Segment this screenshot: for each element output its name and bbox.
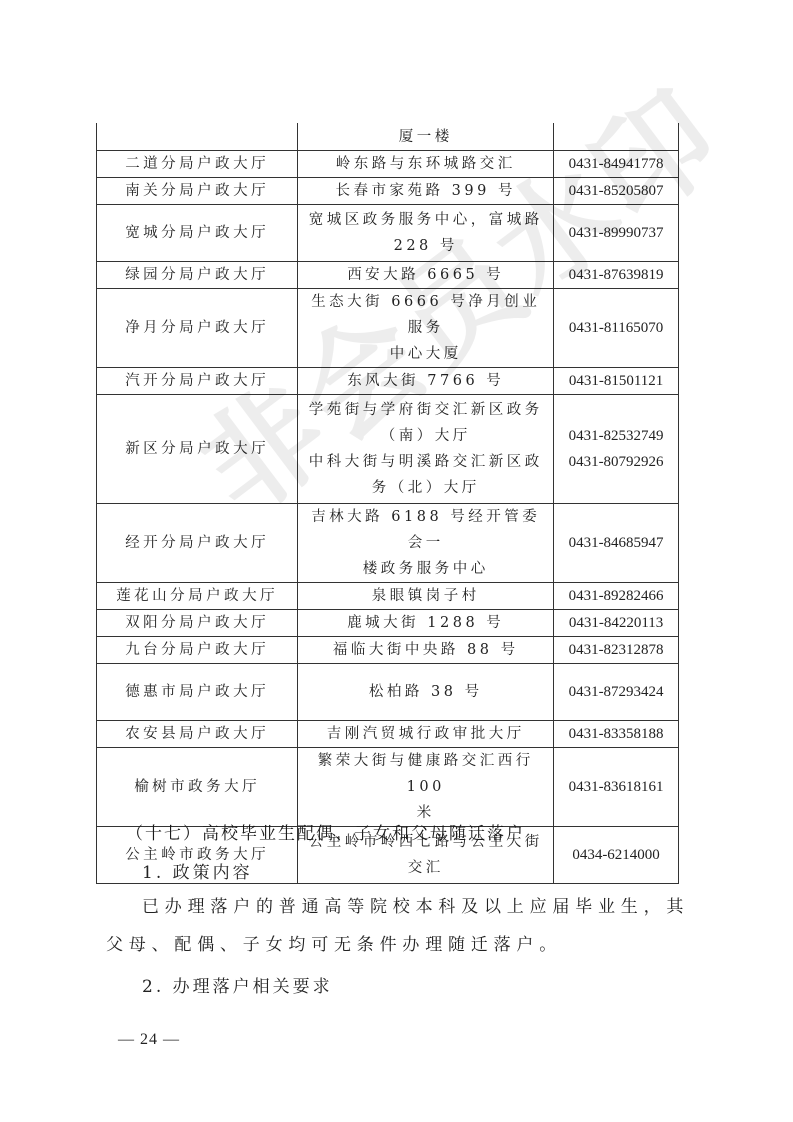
address-cell: 学苑街与学府街交汇新区政务（南）大厅中科大街与明溪路交汇新区政务（北）大厅	[298, 395, 554, 504]
address-cell: 吉刚汽贸城行政审批大厅	[298, 721, 554, 748]
policy-paragraph: 已办理落户的普通高等院校本科及以上应届毕业生，其父母、配偶、子女均可无条件办理随…	[106, 888, 702, 964]
phone-cell: 0431-83358188	[554, 721, 679, 748]
phone-number: 0431-81501121	[558, 368, 674, 394]
table-row: 厦一楼	[97, 123, 679, 151]
office-name-cell: 经开分局户政大厅	[97, 504, 298, 583]
address-line: 繁荣大街与健康路交汇西行 100	[304, 748, 547, 800]
address-line: 松柏路 38 号	[304, 679, 547, 705]
phone-cell: 0431-84220113	[554, 610, 679, 637]
address-line: 务（北）大厅	[304, 475, 547, 501]
address-line: 吉刚汽贸城行政审批大厅	[304, 721, 547, 747]
address-line: 东风大街 7766 号	[304, 368, 547, 394]
address-cell: 宽城区政务服务中心，富城路228 号	[298, 205, 554, 262]
phone-cell: 0431-825327490431-80792926	[554, 395, 679, 504]
address-cell: 东风大街 7766 号	[298, 368, 554, 395]
phone-number: 0431-89990737	[558, 220, 674, 246]
office-name-cell: 农安县局户政大厅	[97, 721, 298, 748]
address-line: 福临大街中央路 88 号	[304, 637, 547, 663]
item-requirements: 2. 办理落户相关要求	[142, 972, 742, 997]
address-cell: 繁荣大街与健康路交汇西行 100米	[298, 748, 554, 827]
address-cell: 福临大街中央路 88 号	[298, 637, 554, 664]
phone-number: 0431-80792926	[558, 449, 674, 475]
table-row: 宽城分局户政大厅宽城区政务服务中心，富城路228 号0431-89990737	[97, 205, 679, 262]
address-line: （南）大厅	[304, 423, 547, 449]
address-line: 楼政务服务中心	[304, 556, 547, 582]
table-row: 农安县局户政大厅吉刚汽贸城行政审批大厅0431-83358188	[97, 721, 679, 748]
office-name-cell: 榆树市政务大厅	[97, 748, 298, 827]
phone-cell: 0431-81165070	[554, 289, 679, 368]
phone-number: 0431-82532749	[558, 423, 674, 449]
address-line: 生态大街 6666 号净月创业服务	[304, 289, 547, 341]
table-row: 榆树市政务大厅繁荣大街与健康路交汇西行 100米0431-83618161	[97, 748, 679, 827]
phone-number: 0431-83618161	[558, 774, 674, 800]
item-policy-content: 1. 政策内容	[142, 858, 742, 883]
phone-number: 0431-89282466	[558, 583, 674, 609]
phone-number: 0431-87293424	[558, 679, 674, 705]
table-row: 莲花山分局户政大厅泉眼镇岗子村0431-89282466	[97, 583, 679, 610]
office-name-cell: 绿园分局户政大厅	[97, 262, 298, 289]
office-name-cell: 德惠市局户政大厅	[97, 664, 298, 721]
phone-cell: 0431-87293424	[554, 664, 679, 721]
office-name-cell: 净月分局户政大厅	[97, 289, 298, 368]
table-body: 厦一楼二道分局户政大厅岭东路与东环城路交汇0431-84941778南关分局户政…	[97, 123, 679, 884]
phone-number: 0431-82312878	[558, 637, 674, 663]
phone-number: 0431-84941778	[558, 151, 674, 177]
phone-cell: 0431-89990737	[554, 205, 679, 262]
table-row: 二道分局户政大厅岭东路与东环城路交汇0431-84941778	[97, 151, 679, 178]
address-line: 学苑街与学府街交汇新区政务	[304, 397, 547, 423]
phone-cell: 0431-83618161	[554, 748, 679, 827]
office-name-cell: 汽开分局户政大厅	[97, 368, 298, 395]
address-cell: 鹿城大街 1288 号	[298, 610, 554, 637]
table-row: 净月分局户政大厅生态大街 6666 号净月创业服务中心大厦0431-811650…	[97, 289, 679, 368]
address-cell: 吉林大路 6188 号经开管委会一楼政务服务中心	[298, 504, 554, 583]
office-name-cell: 莲花山分局户政大厅	[97, 583, 298, 610]
address-line: 中心大厦	[304, 341, 547, 367]
phone-number: 0431-83358188	[558, 721, 674, 747]
office-name-cell: 宽城分局户政大厅	[97, 205, 298, 262]
phone-cell: 0431-82312878	[554, 637, 679, 664]
address-line: 吉林大路 6188 号经开管委会一	[304, 504, 547, 556]
address-cell: 西安大路 6665 号	[298, 262, 554, 289]
table-row: 经开分局户政大厅吉林大路 6188 号经开管委会一楼政务服务中心0431-846…	[97, 504, 679, 583]
address-cell: 泉眼镇岗子村	[298, 583, 554, 610]
table-row: 德惠市局户政大厅松柏路 38 号0431-87293424	[97, 664, 679, 721]
address-line: 岭东路与东环城路交汇	[304, 151, 547, 177]
table-row: 九台分局户政大厅福临大街中央路 88 号0431-82312878	[97, 637, 679, 664]
address-line: 泉眼镇岗子村	[304, 583, 547, 609]
office-name-cell: 九台分局户政大厅	[97, 637, 298, 664]
table-row: 绿园分局户政大厅西安大路 6665 号0431-87639819	[97, 262, 679, 289]
office-name-cell: 二道分局户政大厅	[97, 151, 298, 178]
office-address-table: 厦一楼二道分局户政大厅岭东路与东环城路交汇0431-84941778南关分局户政…	[96, 123, 679, 884]
phone-cell: 0431-84941778	[554, 151, 679, 178]
address-cell: 岭东路与东环城路交汇	[298, 151, 554, 178]
office-name-cell	[97, 123, 298, 151]
section-heading: （十七）高校毕业生配偶、子女和父母随迁落户	[126, 819, 726, 844]
address-cell: 松柏路 38 号	[298, 664, 554, 721]
office-name-cell: 新区分局户政大厅	[97, 395, 298, 504]
address-cell: 长春市家苑路 399 号	[298, 178, 554, 205]
phone-cell: 0431-81501121	[554, 368, 679, 395]
phone-number: 0431-84685947	[558, 530, 674, 556]
address-line: 鹿城大街 1288 号	[304, 610, 547, 636]
address-line: 厦一楼	[304, 124, 547, 150]
document-page: 厦一楼二道分局户政大厅岭东路与东环城路交汇0431-84941778南关分局户政…	[0, 0, 793, 1122]
phone-cell: 0431-85205807	[554, 178, 679, 205]
office-name-cell: 双阳分局户政大厅	[97, 610, 298, 637]
phone-number: 0431-81165070	[558, 315, 674, 341]
table-row: 新区分局户政大厅学苑街与学府街交汇新区政务（南）大厅中科大街与明溪路交汇新区政务…	[97, 395, 679, 504]
address-cell: 厦一楼	[298, 123, 554, 151]
phone-cell: 0431-84685947	[554, 504, 679, 583]
address-line: 西安大路 6665 号	[304, 262, 547, 288]
address-cell: 生态大街 6666 号净月创业服务中心大厦	[298, 289, 554, 368]
phone-number: 0431-84220113	[558, 610, 674, 636]
office-name-cell: 南关分局户政大厅	[97, 178, 298, 205]
table-row: 双阳分局户政大厅鹿城大街 1288 号0431-84220113	[97, 610, 679, 637]
address-line: 中科大街与明溪路交汇新区政	[304, 449, 547, 475]
phone-cell: 0431-89282466	[554, 583, 679, 610]
address-line: 长春市家苑路 399 号	[304, 178, 547, 204]
phone-number: 0431-87639819	[558, 262, 674, 288]
phone-cell	[554, 123, 679, 151]
address-line: 宽城区政务服务中心，富城路	[304, 207, 547, 233]
phone-cell: 0431-87639819	[554, 262, 679, 289]
address-line: 228 号	[304, 233, 547, 259]
table-row: 汽开分局户政大厅东风大街 7766 号0431-81501121	[97, 368, 679, 395]
page-number: — 24 —	[118, 1031, 180, 1049]
table-row: 南关分局户政大厅长春市家苑路 399 号0431-85205807	[97, 178, 679, 205]
phone-number: 0431-85205807	[558, 178, 674, 204]
